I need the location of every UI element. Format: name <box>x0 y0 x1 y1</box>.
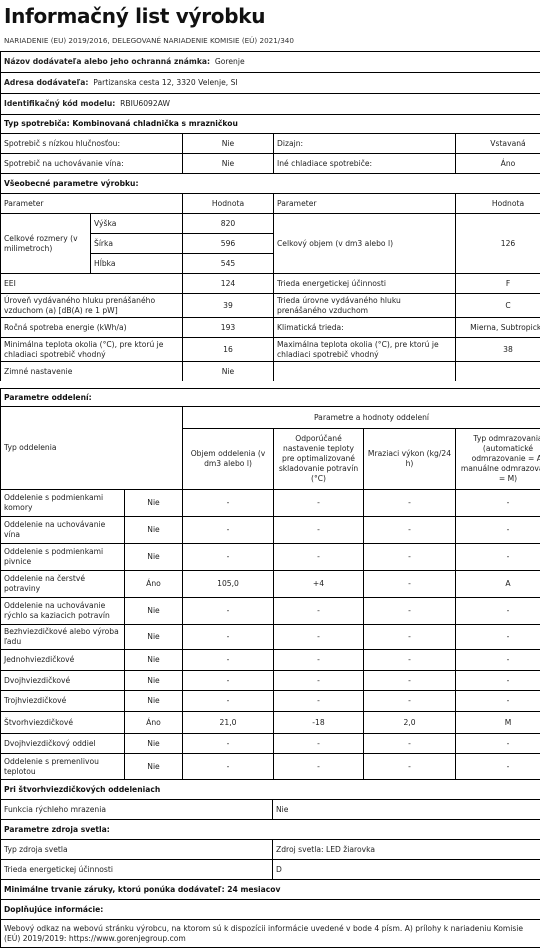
compartment-value: - <box>363 543 455 570</box>
compartment-value: - <box>363 670 455 690</box>
compartment-value: - <box>273 543 363 570</box>
compartment-value: - <box>455 543 540 570</box>
compartment-name: Oddelenie na čerstvé potraviny <box>0 570 124 597</box>
column-header: Hodnota <box>182 193 273 213</box>
compartment-value: 105,0 <box>182 570 273 597</box>
compartment-value: - <box>182 649 273 670</box>
compartment-value: - <box>182 624 273 649</box>
appliance-type-heading: Typ spotrebiča: Kombinovaná chladnička s… <box>0 114 540 133</box>
param-value: Nie <box>182 133 273 153</box>
four-star-heading: Pri štvorhviezdičkových oddeleniach <box>0 779 540 799</box>
compartment-value: - <box>455 670 540 690</box>
warranty-row: Minimálne trvanie záruky, ktorú ponúka d… <box>0 879 540 899</box>
compartment-value: - <box>363 597 455 624</box>
param-value: C <box>455 293 540 317</box>
compartment-value: - <box>182 733 273 753</box>
param-value: Nie <box>182 153 273 173</box>
regulation-reference: NARIADENIE (EU) 2019/2016, DELEGOVANÉ NA… <box>4 36 294 45</box>
param-label: Typ zdroja svetla <box>0 839 272 859</box>
param-value: Mierna, Subtropická <box>455 317 540 337</box>
param-value: 124 <box>182 273 273 293</box>
compartment-value: - <box>273 516 363 543</box>
compartment-present: Nie <box>124 489 182 516</box>
param-label: Trieda energetickej účinnosti <box>0 859 272 879</box>
param-value: Vstavaná <box>455 133 540 153</box>
param-label: Trieda energetickej účinnosti <box>273 273 455 293</box>
param-value: 38 <box>455 337 540 361</box>
compartment-value: - <box>182 543 273 570</box>
general-parameters-heading: Všeobecné parametre výrobku: <box>0 173 540 193</box>
table-bottom-border <box>0 947 540 948</box>
compartment-present: Nie <box>124 649 182 670</box>
compartment-value: - <box>273 624 363 649</box>
compartment-name: Oddelenie s podmienkami pivnice <box>0 543 124 570</box>
compartment-name: Trojhviezdičkové <box>0 690 124 711</box>
param-label: Spotrebič na uchovávanie vína: <box>0 153 182 173</box>
compartment-present: Nie <box>124 597 182 624</box>
compartment-value: - <box>455 753 540 779</box>
compartment-present: Nie <box>124 516 182 543</box>
compartment-name: Dvojhviezdičkový oddiel <box>0 733 124 753</box>
column-header: Parameter <box>0 193 182 213</box>
compartment-value: - <box>455 733 540 753</box>
compartment-name: Oddelenie s premenlivou teplotou <box>0 753 124 779</box>
param-label: Zimné nastavenie <box>0 361 182 381</box>
param-value: 39 <box>182 293 273 317</box>
compartment-value: - <box>363 570 455 597</box>
field-label: Názov dodávateľa alebo jeho ochranná zná… <box>4 57 210 67</box>
param-label <box>273 361 455 381</box>
compartment-name: Oddelenie na uchovávanie rýchlo sa kazia… <box>0 597 124 624</box>
compartment-value: 21,0 <box>182 711 273 733</box>
param-label: Minimálna teplota okolia (°C), pre ktorú… <box>0 337 182 361</box>
compartment-present: Nie <box>124 543 182 570</box>
dimension-label: Hĺbka <box>90 253 182 273</box>
compartment-column-header: Typ odmrazovania (automatické odmrazovan… <box>455 428 540 489</box>
param-label: Ročná spotreba energie (kWh/a) <box>0 317 182 337</box>
compartment-value: - <box>455 516 540 543</box>
compartment-present: Nie <box>124 690 182 711</box>
compartment-value: -18 <box>273 711 363 733</box>
field-value: Partizanska cesta 12, 3320 Velenje, SI <box>93 78 237 88</box>
compartment-value: - <box>273 733 363 753</box>
param-value: F <box>455 273 540 293</box>
param-value: Áno <box>455 153 540 173</box>
compartment-name: Oddelenie na uchovávanie vína <box>0 516 124 543</box>
compartment-value: - <box>182 489 273 516</box>
compartment-value: - <box>363 753 455 779</box>
compartment-value: +4 <box>273 570 363 597</box>
compartment-value: - <box>363 690 455 711</box>
compartment-name: Jednohviezdičkové <box>0 649 124 670</box>
compartment-value: - <box>455 489 540 516</box>
compartment-value: - <box>363 733 455 753</box>
compartment-present: Nie <box>124 753 182 779</box>
compartment-value: - <box>273 670 363 690</box>
compartment-value: - <box>363 489 455 516</box>
param-value: Nie <box>272 799 540 819</box>
param-label: Funkcia rýchleho mrazenia <box>0 799 272 819</box>
param-label: Úroveň vydávaného hluku prenášaného vzdu… <box>0 293 182 317</box>
compartment-value: - <box>182 753 273 779</box>
field-value: Gorenje <box>215 57 245 67</box>
additional-info-heading: Doplňujúce informácie: <box>0 899 540 919</box>
compartments-heading: Parametre oddelení: <box>0 388 540 406</box>
param-label: Dizajn: <box>273 133 455 153</box>
column-header: Hodnota <box>455 193 540 213</box>
compartment-column-header: Objem oddelenia (v dm3 alebo l) <box>182 428 273 489</box>
compartment-value: - <box>273 597 363 624</box>
page-title: Informačný list výrobku <box>4 4 265 28</box>
compartment-name: Dvojhviezdičkové <box>0 670 124 690</box>
compartment-present: Áno <box>124 570 182 597</box>
field-label: Adresa dodávateľa: <box>4 78 88 88</box>
compartment-present: Nie <box>124 624 182 649</box>
light-heading: Parametre zdroja svetla: <box>0 819 540 839</box>
column-header: Parameter <box>273 193 455 213</box>
param-label: Trieda úrovne vydávaného hluku prenášané… <box>273 293 455 317</box>
compartment-value: - <box>273 690 363 711</box>
field-label: Identifikačný kód modelu: <box>4 99 115 109</box>
compartment-present: Áno <box>124 711 182 733</box>
compartment-value: - <box>455 649 540 670</box>
compartment-value: - <box>182 670 273 690</box>
compartment-value: - <box>363 516 455 543</box>
additional-info-text: Webový odkaz na webovú stránku výrobcu, … <box>0 919 540 947</box>
dimension-label: Výška <box>90 213 182 233</box>
compartment-column-header: Mraziaci výkon (kg/24 h) <box>363 428 455 489</box>
compartment-value: - <box>455 597 540 624</box>
compartment-column-header: Odporúčané nastavenie teploty pre optima… <box>273 428 363 489</box>
dimension-value: 545 <box>182 253 273 273</box>
supplier-name-row: Názov dodávateľa alebo jeho ochranná zná… <box>0 51 540 72</box>
compartment-value: - <box>273 753 363 779</box>
dimension-value: 596 <box>182 233 273 253</box>
param-label: Maximálna teplota okolia (°C), pre ktorú… <box>273 337 455 361</box>
param-label: Iné chladiace spotrebiče: <box>273 153 455 173</box>
compartment-name: Oddelenie s podmienkami komory <box>0 489 124 516</box>
dimensions-label: Celkové rozmery (v milimetroch) <box>0 213 90 273</box>
compartment-value: - <box>182 516 273 543</box>
compartment-value: - <box>455 624 540 649</box>
param-value: Zdroj svetla: LED žiarovka <box>272 839 540 859</box>
compartment-value: - <box>273 489 363 516</box>
compartment-group-header: Parametre a hodnoty oddelení <box>182 406 540 428</box>
compartment-value: - <box>455 690 540 711</box>
compartment-value: M <box>455 711 540 733</box>
compartment-value: - <box>182 690 273 711</box>
param-label: Celkový objem (v dm3 alebo l) <box>273 213 455 273</box>
compartment-value: - <box>273 649 363 670</box>
compartment-value: A <box>455 570 540 597</box>
compartment-present: Nie <box>124 670 182 690</box>
model-id-row: Identifikačný kód modelu: RBIU6092AW <box>0 93 540 114</box>
param-value: 193 <box>182 317 273 337</box>
supplier-address-row: Adresa dodávateľa: Partizanska cesta 12,… <box>0 72 540 93</box>
compartment-value: - <box>363 649 455 670</box>
param-label: Spotrebič s nízkou hlučnosťou: <box>0 133 182 153</box>
param-value: Nie <box>182 361 273 381</box>
param-label: EEI <box>0 273 182 293</box>
compartment-name: Bezhviezdičkové alebo výroba ľadu <box>0 624 124 649</box>
compartment-type-header: Typ oddelenia <box>0 406 182 489</box>
param-value <box>455 361 540 381</box>
compartment-present: Nie <box>124 733 182 753</box>
dimension-label: Šírka <box>90 233 182 253</box>
dimension-value: 820 <box>182 213 273 233</box>
param-value: 16 <box>182 337 273 361</box>
product-information-sheet: Informačný list výrobku NARIADENIE (EU) … <box>0 0 540 949</box>
compartment-value: 2,0 <box>363 711 455 733</box>
param-value: 126 <box>455 213 540 273</box>
field-value: RBIU6092AW <box>120 99 170 109</box>
param-value: D <box>272 859 540 879</box>
param-label: Klimatická trieda: <box>273 317 455 337</box>
compartment-value: - <box>182 597 273 624</box>
compartment-name: Štvorhviezdičkové <box>0 711 124 733</box>
compartment-value: - <box>363 624 455 649</box>
